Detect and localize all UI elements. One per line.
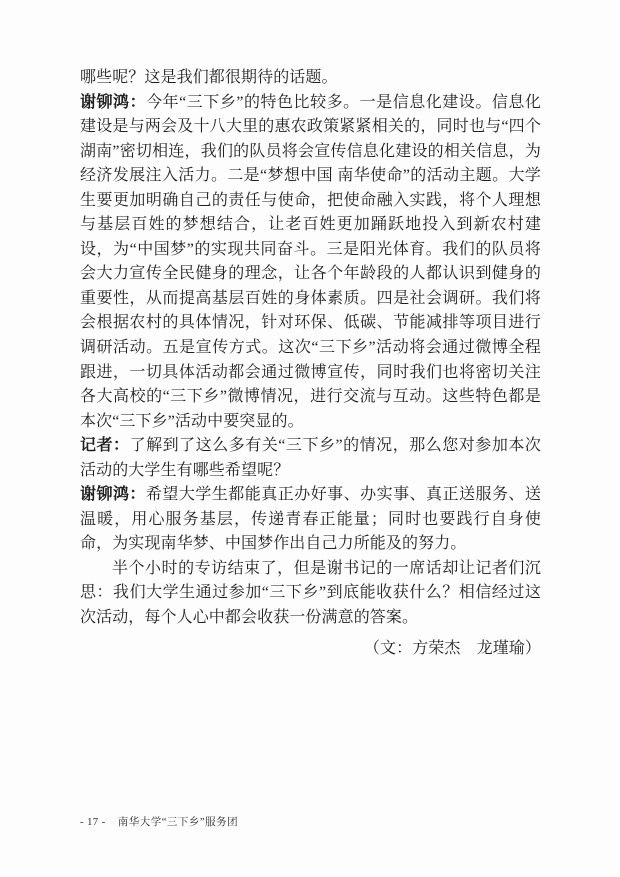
paragraph: （文：方荣杰 龙瑾瑜） bbox=[80, 637, 541, 662]
paragraph: 半个小时的专访结束了，但是谢书记的一席话却让记者们沉思：我们大学生通过参加“三下… bbox=[80, 557, 541, 631]
speaker-name: 谢铆鸿： bbox=[80, 486, 146, 503]
paragraph: 谢铆鸿：希望大学生都能真正办好事、办实事、真正送服务、送温暖，用心服务基层，传递… bbox=[80, 483, 541, 557]
document-page: 哪些呢？这是我们都很期待的话题。谢铆鸿：今年“三下乡”的特色比较多。一是信息化建… bbox=[0, 0, 620, 877]
speaker-name: 记者： bbox=[80, 437, 130, 454]
page-number: - 17 - bbox=[80, 817, 106, 828]
speaker-name: 谢铆鸿： bbox=[80, 94, 146, 111]
paragraph: 记者：了解到了这么多有关“三下乡”的情况，那么您对参加本次活动的大学生有哪些希望… bbox=[80, 434, 541, 483]
paragraph: 哪些呢？这是我们都很期待的话题。 bbox=[80, 66, 541, 91]
document-body: 哪些呢？这是我们都很期待的话题。谢铆鸿：今年“三下乡”的特色比较多。一是信息化建… bbox=[80, 66, 541, 661]
footer-text: 南华大学“三下乡”服务团 bbox=[118, 814, 238, 829]
paragraph: 谢铆鸿：今年“三下乡”的特色比较多。一是信息化建设。信息化建设是与两会及十八大里… bbox=[80, 91, 541, 435]
page-footer: - 17 - 南华大学“三下乡”服务团 bbox=[80, 814, 238, 829]
